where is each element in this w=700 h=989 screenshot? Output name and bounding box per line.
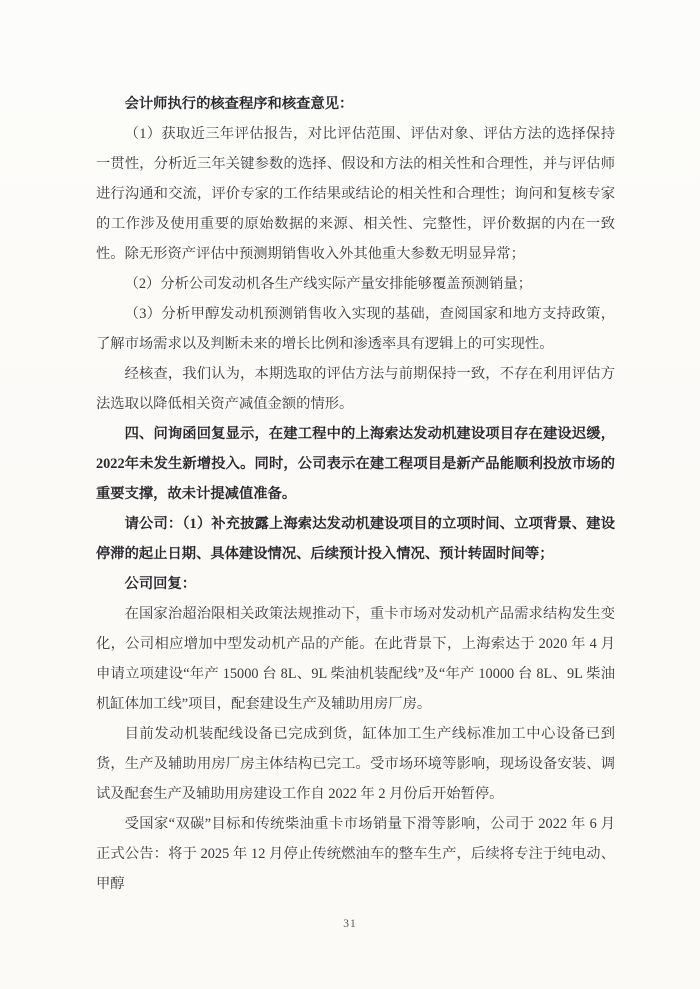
- document-body: 会计师执行的核查程序和核查意见： （1）获取近三年评估报告，对比评估范围、评估对…: [96, 89, 615, 899]
- reply-paragraph-construction-status: 目前发动机装配线设备已完成到货，缸体加工生产线标准加工中心设备已到货，生产及辅助…: [96, 719, 615, 809]
- verification-conclusion-paragraph: 经核查，我们认为，本期选取的评估方法与前期保持一致，不存在利用评估方法选取以降低…: [96, 359, 615, 419]
- procedure-item-2: （2）分析公司发动机各生产线实际产量安排能够覆盖预测销量；: [96, 269, 615, 299]
- auditor-procedures-heading: 会计师执行的核查程序和核查意见：: [96, 89, 615, 119]
- reply-paragraph-dual-carbon: 受国家“双碳”目标和传统柴油重卡市场销量下滑等影响，公司于 2022 年 6 月…: [96, 809, 615, 899]
- question-four-request: 请公司：（1）补充披露上海索达发动机建设项目的立项时间、立项背景、建设停滞的起止…: [96, 509, 615, 569]
- reply-paragraph-project-background: 在国家治超治限相关政策法规推动下，重卡市场对发动机产品需求结构发生变化，公司相应…: [96, 599, 615, 719]
- question-four-statement: 四、问询函回复显示，在建工程中的上海索达发动机建设项目存在建设迟缓，2022年未…: [96, 419, 615, 509]
- procedure-item-3: （3）分析甲醇发动机预测销售收入实现的基础，查阅国家和地方支持政策，了解市场需求…: [96, 299, 615, 359]
- page-number: 31: [0, 918, 700, 930]
- company-reply-heading: 公司回复：: [96, 569, 615, 599]
- procedure-item-1: （1）获取近三年评估报告，对比评估范围、评估对象、评估方法的选择保持一贯性，分析…: [96, 119, 615, 269]
- document-page: 会计师执行的核查程序和核查意见： （1）获取近三年评估报告，对比评估范围、评估对…: [0, 0, 700, 989]
